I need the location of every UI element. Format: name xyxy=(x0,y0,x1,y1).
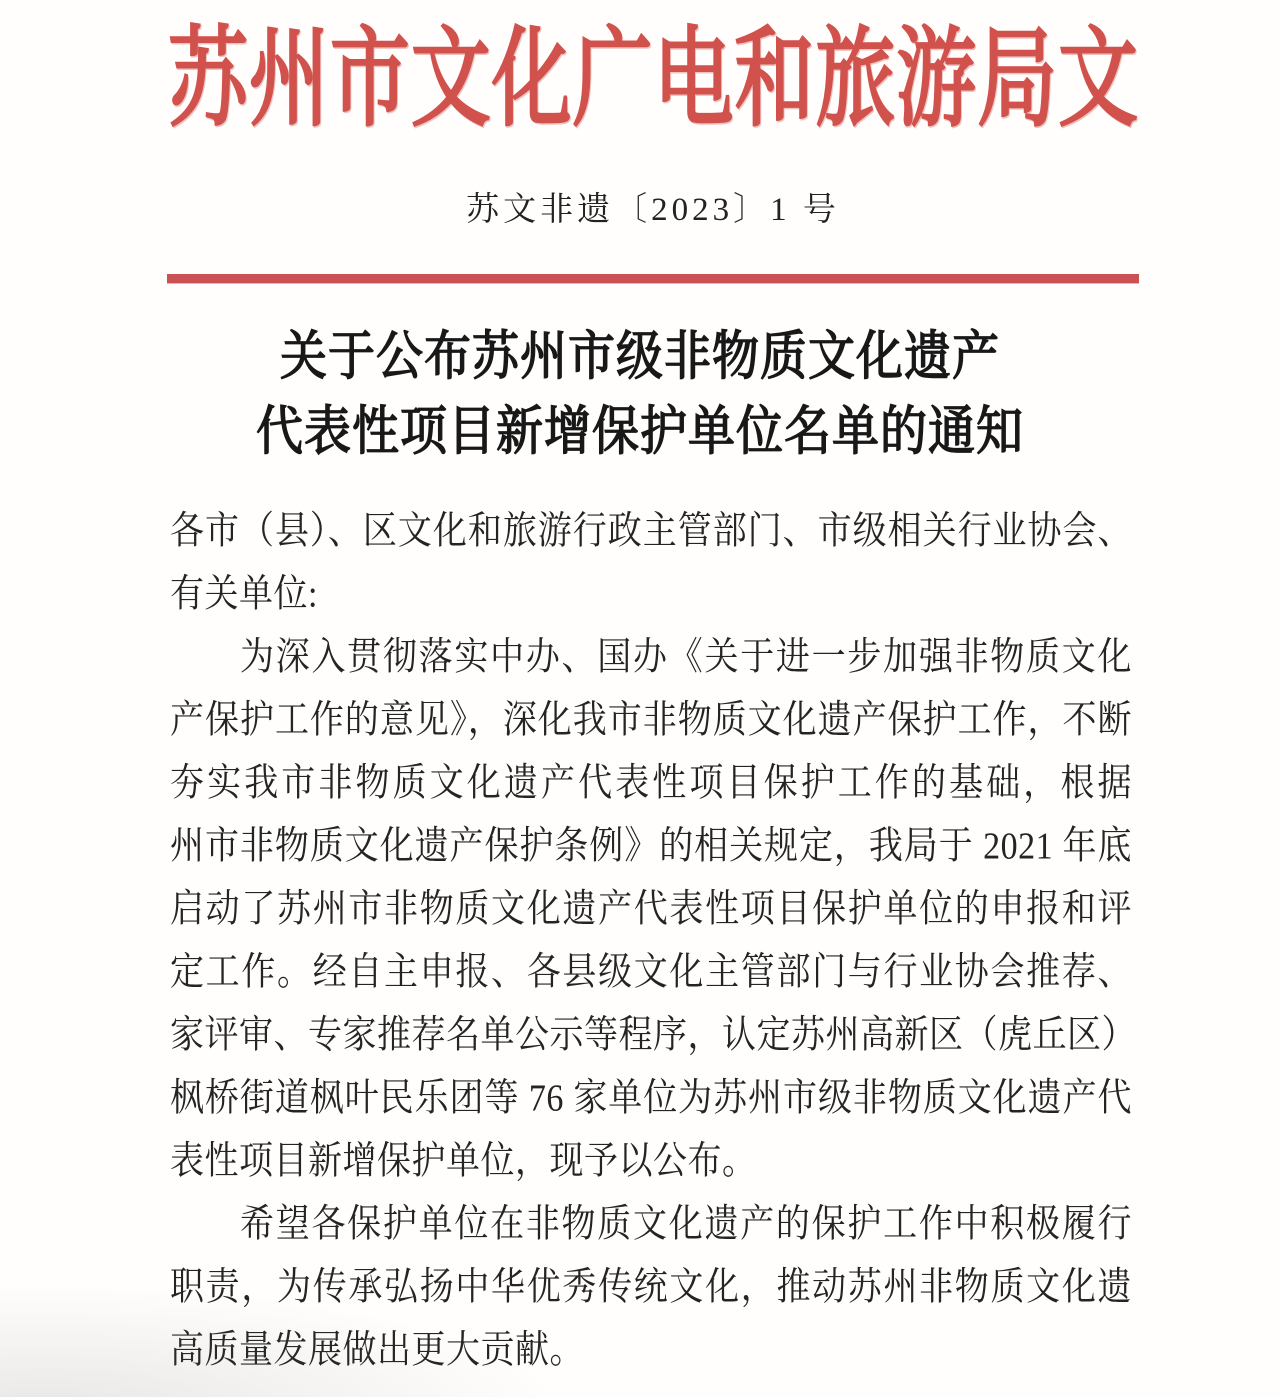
body-text-line: 希望各保护单位在非物质文化遗产的保护工作中积极履行 xyxy=(170,1189,1132,1260)
document-body: 各市（县）、区文化和旅游行政主管部门、市级相关行业协会、有关单位:为深入贯彻落实… xyxy=(170,500,1132,1382)
body-text-line: 高质量发展做出更大贡献。 xyxy=(170,1315,1132,1386)
body-text-line: 家评审、专家推荐名单公示等程序，认定苏州高新区（虎丘区） xyxy=(170,1000,1132,1071)
document-title: 关于公布苏州市级非物质文化遗产代表性项目新增保护单位名单的通知 xyxy=(142,318,1138,468)
red-divider-line xyxy=(167,274,1139,283)
document-title-line: 代表性项目新增保护单位名单的通知 xyxy=(142,393,1138,468)
document-number: 苏文非遗〔2023〕1 号 xyxy=(168,184,1138,236)
body-text-line: 为深入贯彻落实中办、国办《关于进一步加强非物质文化遗 xyxy=(170,622,1132,693)
body-text-line: 启动了苏州市非物质文化遗产代表性项目保护单位的申报和评 xyxy=(170,874,1132,945)
issuing-org-title: 苏州市文化广电和旅游局文件 xyxy=(168,10,1138,151)
body-text-line: 各市（县）、区文化和旅游行政主管部门、市级相关行业协会、 xyxy=(170,496,1132,567)
body-text-line: 州市非物质文化遗产保护条例》的相关规定，我局于 2021 年底 xyxy=(170,811,1132,882)
body-text-line: 夯实我市非物质文化遗产代表性项目保护工作的基础，根据《苏 xyxy=(170,748,1132,819)
body-text-line: 表性项目新增保护单位，现予以公布。 xyxy=(170,1126,1132,1197)
body-text-line: 有关单位: xyxy=(170,559,1132,630)
body-text-line: 职责，为传承弘扬中华优秀传统文化，推动苏州非物质文化遗产 xyxy=(170,1252,1132,1323)
body-text-line: 产保护工作的意见》，深化我市非物质文化遗产保护工作，不断 xyxy=(170,685,1132,756)
body-text-line: 枫桥街道枫叶民乐团等 76 家单位为苏州市级非物质文化遗产代 xyxy=(170,1063,1132,1134)
document-title-line: 关于公布苏州市级非物质文化遗产 xyxy=(142,318,1138,393)
document-page: 苏州市文化广电和旅游局文件 苏文非遗〔2023〕1 号 关于公布苏州市级非物质文… xyxy=(0,0,1280,1397)
body-text-line: 定工作。经自主申报、各县级文化主管部门与行业协会推荐、专 xyxy=(170,937,1132,1008)
